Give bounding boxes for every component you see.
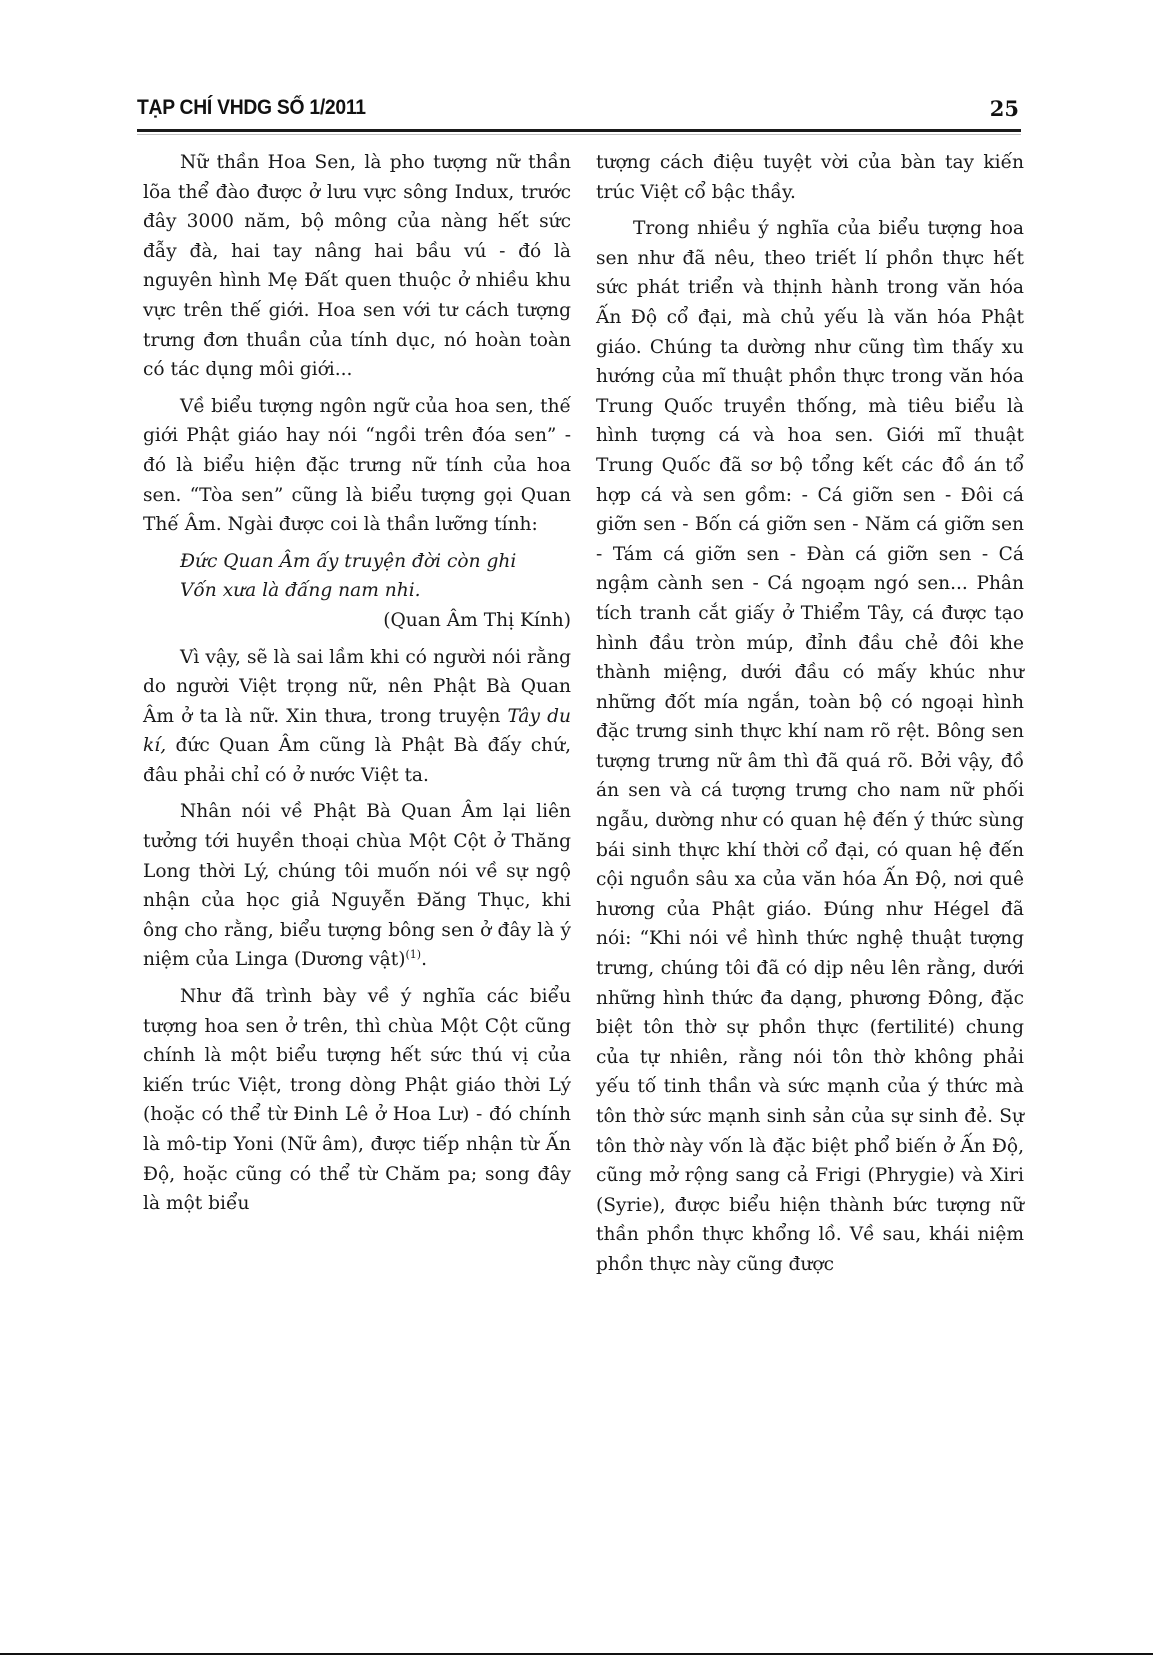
verse-attribution: (Quan Âm Thị Kính) [143,606,571,636]
paragraph-fertility-philosophy: Trong nhiều ý nghĩa của biểu tượng hoa s… [596,214,1024,1279]
header-rule [137,129,1021,132]
page-bottom-edge [0,1653,1153,1655]
verse-line-2: Vốn xưa là đấng nam nhi. [180,576,571,606]
paragraph-misconception: Vì vậy, sẽ là sai lầm khi có người nói r… [143,643,571,791]
journal-title: TẠP CHÍ VHDG SỐ 1/2011 [137,96,366,120]
paragraph-lotus-goddess: Nữ thần Hoa Sen, là pho tượng nữ thần lõ… [143,148,571,385]
verse-quote: Đức Quan Âm ấy truyện đời còn ghi Vốn xư… [143,547,571,606]
paragraph-one-pillar-pagoda: Nhân nói về Phật Bà Quan Âm lại liên tưở… [143,797,571,975]
paragraph-text: đức Quan Âm cũng là Phật Bà đấy chứ, đâu… [143,735,571,786]
paragraph-end: . [421,949,427,970]
paragraph-text: Nhân nói về Phật Bà Quan Âm lại liên tưở… [143,801,571,970]
verse-line-1: Đức Quan Âm ấy truyện đời còn ghi [180,547,571,577]
header-rule-secondary [137,134,1021,135]
paragraph-lotus-symbol-language: Về biểu tượng ngôn ngữ của hoa sen, thế … [143,392,571,540]
left-column: Nữ thần Hoa Sen, là pho tượng nữ thần lõ… [143,148,571,1226]
footnote-reference[interactable]: (1) [405,948,421,961]
paragraph-continuation: tượng cách điệu tuyệt vời của bàn tay ki… [596,148,1024,207]
page-number: 25 [990,96,1019,121]
right-column: tượng cách điệu tuyệt vời của bàn tay ki… [596,148,1024,1287]
paragraph-yoni-motif: Như đã trình bày về ý nghĩa các biểu tượ… [143,982,571,1219]
